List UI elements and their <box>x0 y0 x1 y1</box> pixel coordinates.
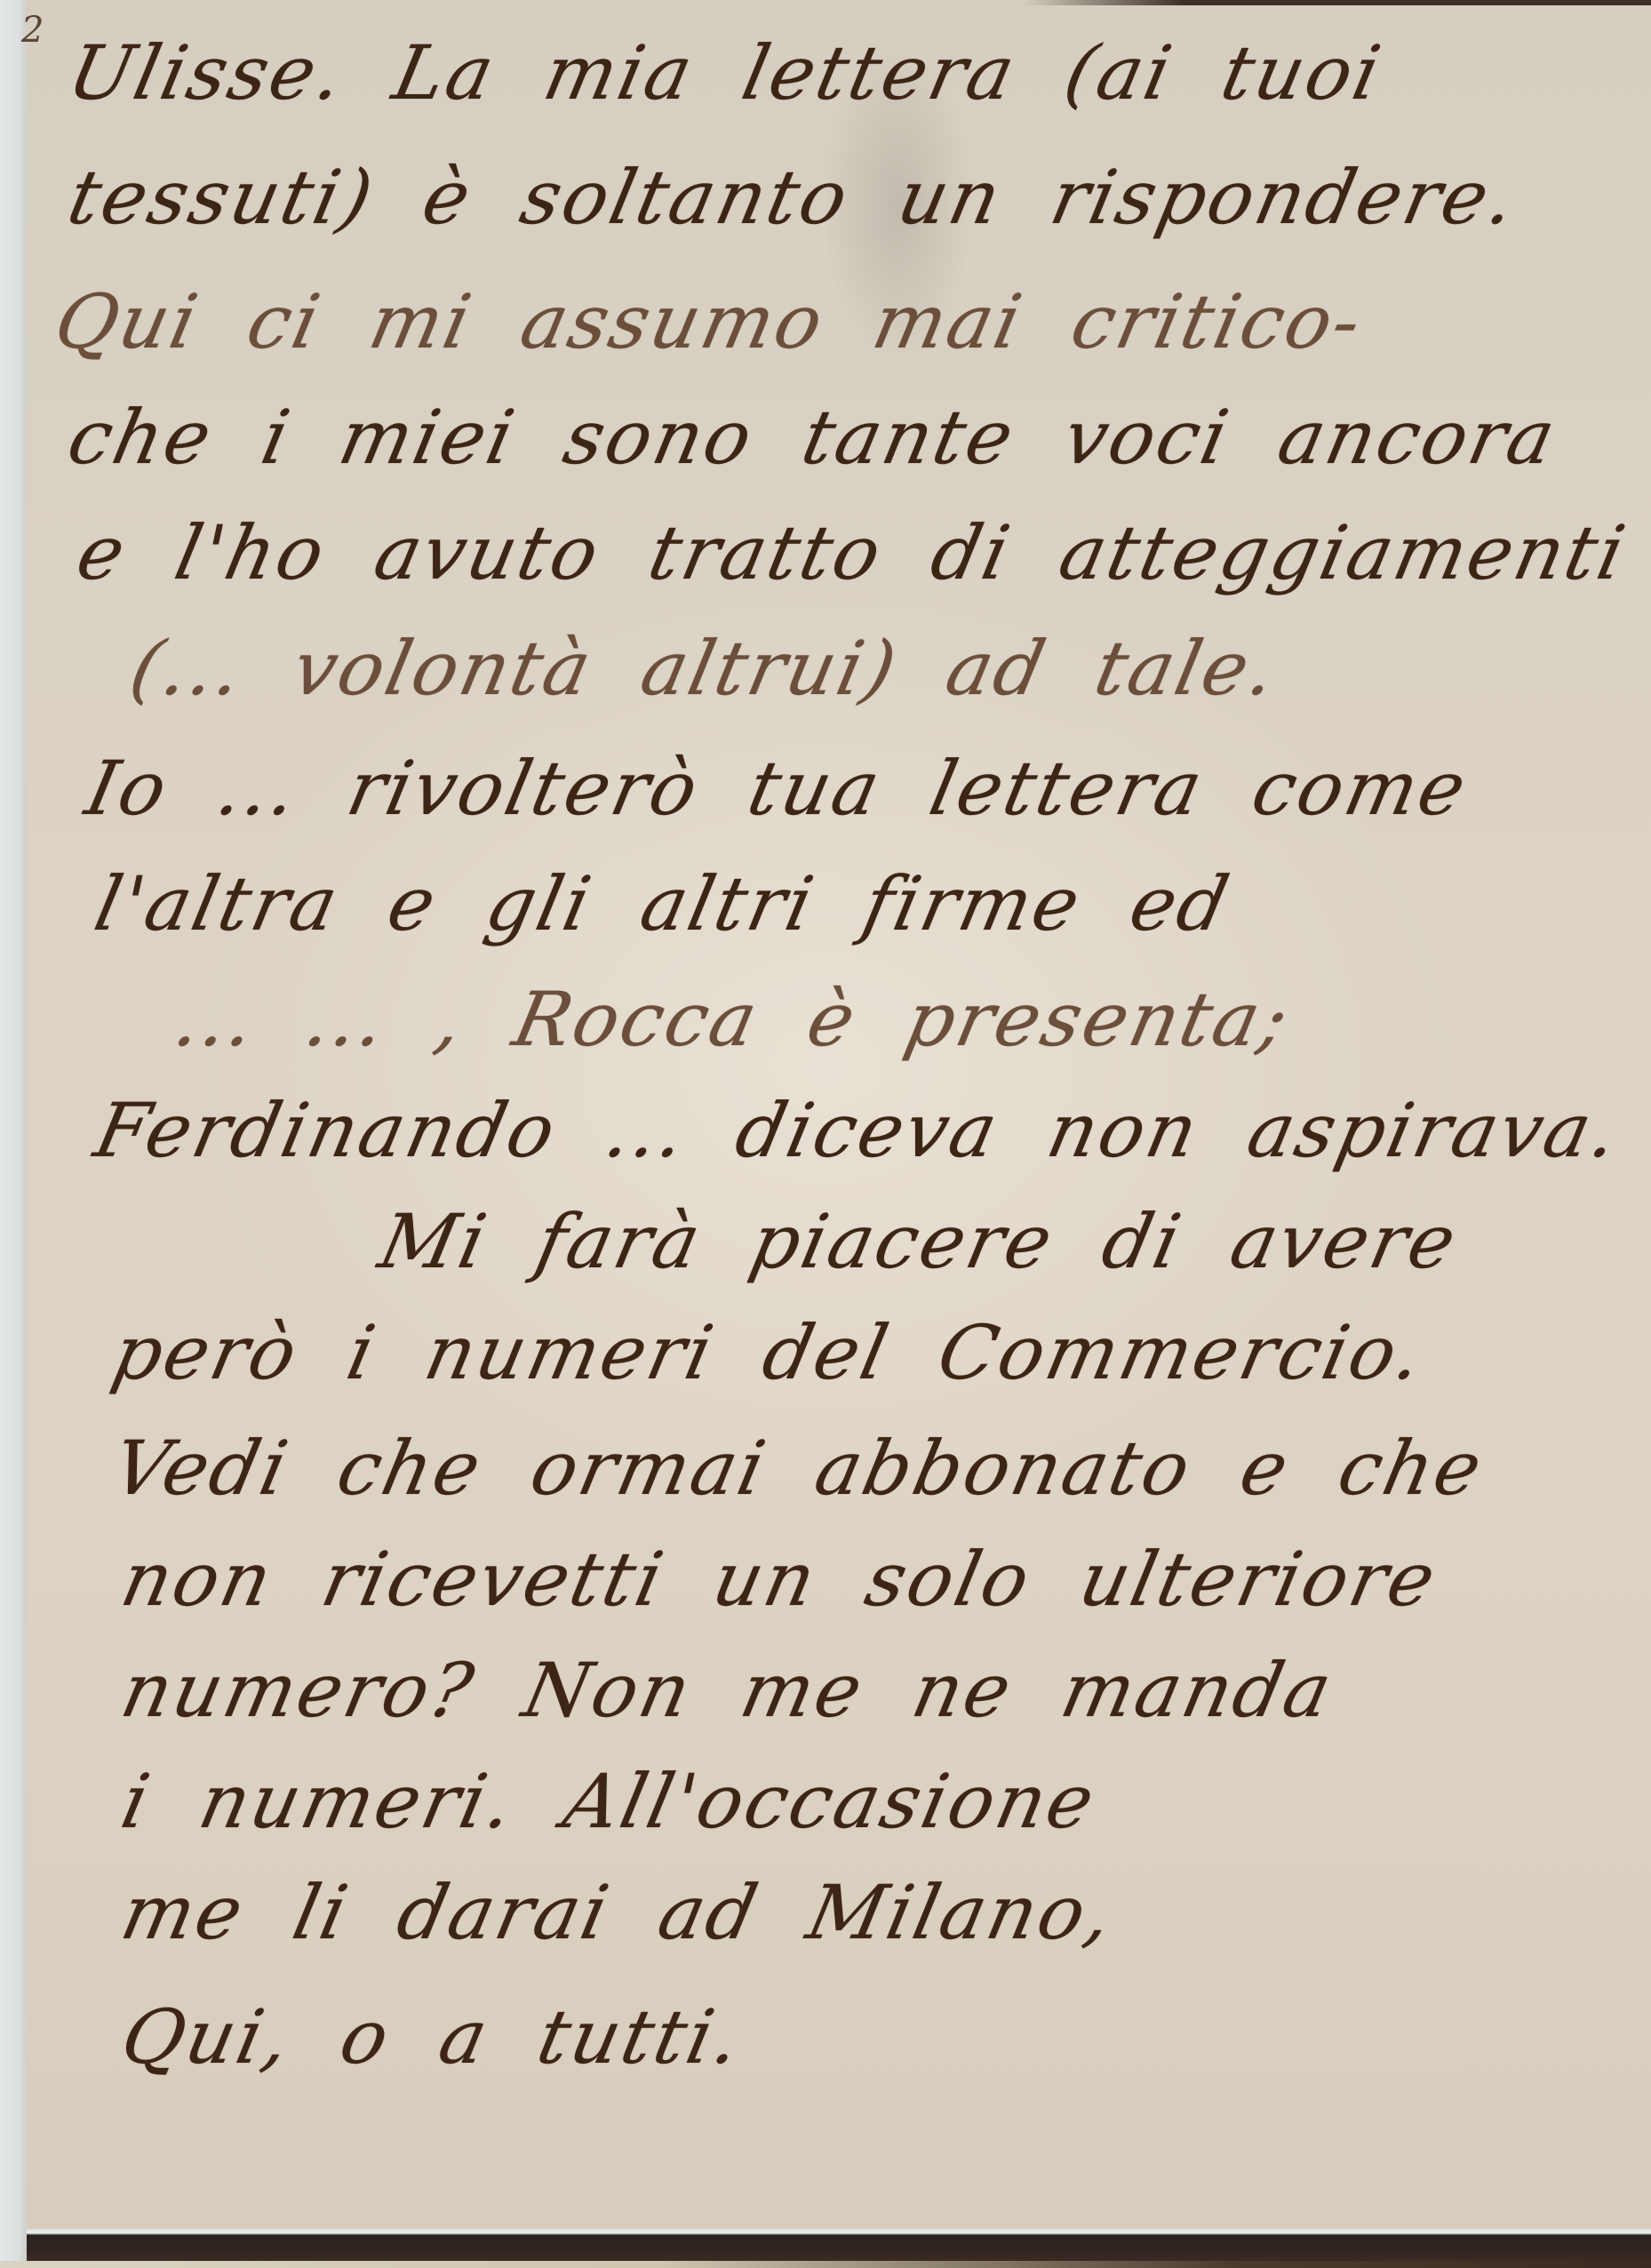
scan-bottom-border <box>27 2231 1651 2261</box>
handwritten-line-8: l'altra e gli altri firme ed <box>89 866 1237 941</box>
handwritten-line-12: però i numeri del Commercio. <box>107 1315 1431 1390</box>
handwritten-line-18: Qui, o a tutti. <box>116 2000 749 2074</box>
handwritten-line-14: non ricevetti un solo ulteriore <box>116 1542 1444 1617</box>
scan-bottom-edge <box>0 2261 1651 2268</box>
handwritten-line-4: che i miei sono tante voci ancora <box>62 400 1564 475</box>
handwritten-line-16: i numeri. All'occasione <box>116 1764 1103 1839</box>
handwritten-line-13: Vedi che ormai abbonato e che <box>107 1431 1490 1505</box>
handwritten-line-17: me li darai ad Milano, <box>116 1875 1121 1950</box>
handwritten-line-9: ... ... , Rocca è presenta; <box>169 982 1297 1057</box>
handwritten-line-2: tessuti) è soltanto un rispondere. <box>62 160 1524 235</box>
page-number: 2 <box>21 12 44 48</box>
handwritten-line-7: Io ... rivolterò tua lettera come <box>80 751 1474 826</box>
handwritten-line-5: e l'ho avuto tratto di atteggiamenti <box>71 515 1633 590</box>
manuscript-page: 2 Ulisse. La mia lettera (ai tuoi tessut… <box>0 0 1651 2268</box>
handwritten-line-1: Ulisse. La mia lettera (ai tuoi <box>62 36 1389 110</box>
paper-top-edge-shadow <box>1022 0 1651 5</box>
handwritten-line-3: Qui ci mi assumo mai critico- <box>49 284 1370 359</box>
handwritten-line-15: numero? Non me ne manda <box>116 1653 1340 1728</box>
scan-left-margin <box>0 0 27 2268</box>
handwritten-line-6: (... volontà altrui) ad tale. <box>124 631 1284 706</box>
handwritten-line-10: Ferdinando ... diceva non aspirava. <box>89 1093 1627 1168</box>
handwritten-line-11: Mi farà piacere di avere <box>373 1204 1464 1279</box>
